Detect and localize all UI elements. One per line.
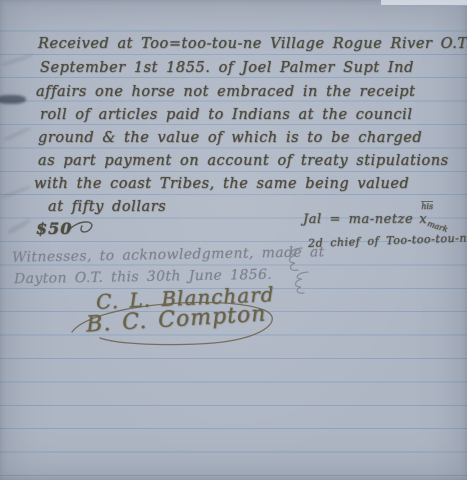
manuscript-line: affairs one horse not embraced in the re… [36, 84, 415, 100]
signature-flourish [62, 300, 288, 348]
native-signer-name: Jal = ma-netzexhismark [303, 212, 427, 227]
manuscript-line: roll of articles paid to Indians at the … [40, 107, 413, 123]
witness-attestation-line: Witnesses, to acknowledgment, made at [12, 244, 325, 265]
scan-edge-artifact [381, 0, 467, 6]
ink-bleedthrough-ghost [2, 126, 31, 142]
native-signer-title: 2d chief of Too-too-tou-nes [308, 231, 467, 250]
native-signer-name-text: Jal = ma-netze [303, 212, 413, 227]
manuscript-line: with the coast Tribes, the same being va… [34, 176, 409, 192]
his-mark: xhismark [419, 212, 427, 227]
manuscript-page: Received at Too=too-tou-ne Village Rogue… [0, 0, 467, 480]
ink-flourish [66, 218, 100, 238]
ink-bleedthrough-ghost [6, 218, 31, 235]
manuscript-line: at fifty dollars [48, 199, 166, 215]
mark-word-his: his [421, 201, 433, 211]
ink-flourish [290, 270, 312, 296]
manuscript-line: September 1st 1855. of Joel Palmer Supt … [40, 60, 414, 76]
ink-bleedthrough-ghost [0, 53, 34, 67]
manuscript-line: ground & the value of which is to be cha… [38, 130, 422, 146]
ink-bleedthrough-ghost [0, 185, 31, 200]
ink-smudge [0, 95, 26, 104]
manuscript-line: as part payment on account of treaty sti… [38, 153, 449, 169]
manuscript-line: Received at Too=too-tou-ne Village Rogue… [38, 36, 467, 52]
